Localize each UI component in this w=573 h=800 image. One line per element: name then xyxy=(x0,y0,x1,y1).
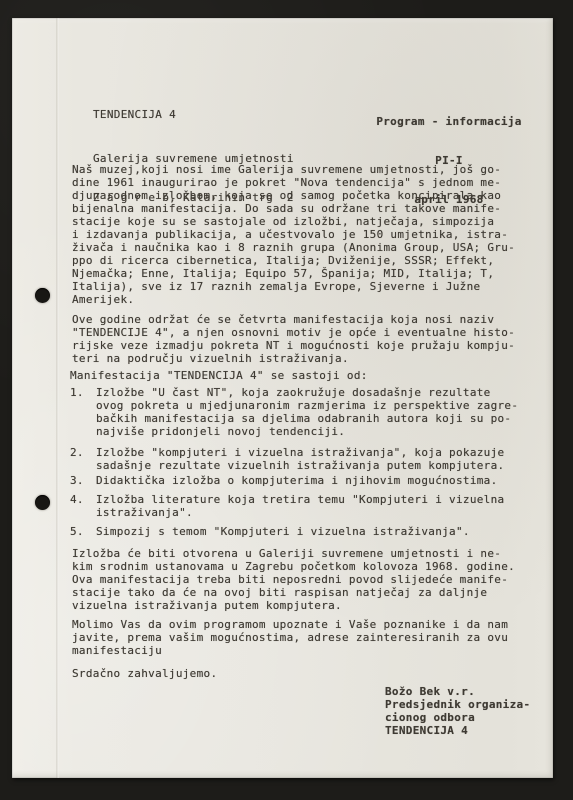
list-item-number: 3. xyxy=(70,474,96,487)
paragraph-this-year: Ove godine održat će se četvrta manifest… xyxy=(72,313,515,365)
list-item-1: 1. Izložbe "U čast NT", koja zaokružuje … xyxy=(70,386,518,438)
punch-hole-bottom xyxy=(35,495,50,510)
list-item-3: 3. Didaktička izložba o kompjuterima i n… xyxy=(70,474,498,487)
list-item-text: Izložbe "U čast NT", koja zaokružuje dos… xyxy=(96,386,518,438)
list-item-number: 1. xyxy=(70,386,96,438)
paragraph-request: Molimo Vas da ovim programom upoznate i … xyxy=(72,618,508,657)
paper-crease xyxy=(56,18,59,778)
scan-background: TENDENCIJA 4 Galerija suvremene umjetnos… xyxy=(0,0,573,800)
list-item-text: Izložbe "kompjuteri i vizuelna istraživa… xyxy=(96,446,504,472)
list-item-number: 2. xyxy=(70,446,96,472)
list-item-text: Simpozij s temom "Kompjuteri i vizuelna … xyxy=(96,525,470,538)
list-item-number: 5. xyxy=(70,525,96,538)
list-item-text: Izložba literature koja tretira temu "Ko… xyxy=(96,493,504,519)
list-intro: Manifestacija "TENDENCIJA 4" se sastoji … xyxy=(70,369,368,382)
punch-hole-top xyxy=(35,288,50,303)
closing-line: Srdačno zahvaljujemo. xyxy=(72,667,217,680)
list-item-number: 4. xyxy=(70,493,96,519)
list-item-text: Didaktička izložba o kompjuterima i njih… xyxy=(96,474,498,487)
list-item-5: 5. Simpozij s temom "Kompjuteri i vizuel… xyxy=(70,525,470,538)
list-item-2: 2. Izložbe "kompjuteri i vizuelna istraž… xyxy=(70,446,504,472)
program-label: Program - informacija xyxy=(375,115,523,128)
paragraph-opening: Izložba će biti otvorena u Galeriji suvr… xyxy=(72,547,515,612)
list-item-4: 4. Izložba literature koja tretira temu … xyxy=(70,493,504,519)
signature-block: Božo Bek v.r. Predsjednik organiza- cion… xyxy=(385,685,530,737)
document-title: TENDENCIJA 4 xyxy=(93,108,294,121)
paragraph-history: Naš muzej,koji nosi ime Galerija suvreme… xyxy=(72,163,515,306)
document-page: TENDENCIJA 4 Galerija suvremene umjetnos… xyxy=(12,18,553,778)
